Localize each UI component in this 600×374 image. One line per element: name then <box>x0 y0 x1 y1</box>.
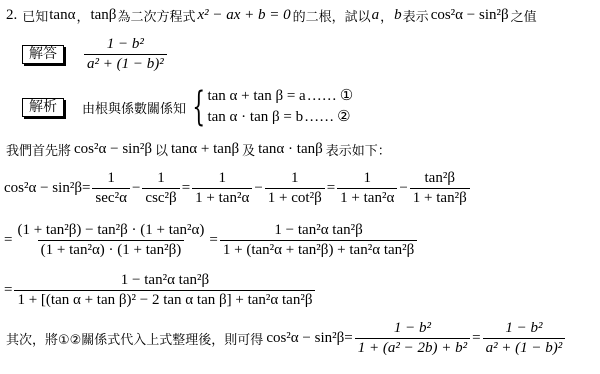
equation-line-3: = 1 − tan²α tan²β1 + [(tan α + tan β)² −… <box>4 272 317 309</box>
circled-2: ② <box>337 107 350 128</box>
analysis-section: 解析 由根與係數關係知 { tan α + tan β = a …… ① tan… <box>22 86 353 128</box>
answer-fraction: 1 − b² a² + (1 − b)² <box>84 36 167 73</box>
equation-1: tan α + tan β = a …… ① <box>207 86 353 107</box>
conclusion: 其次，將①②關係式代入上式整理後，則可得 cos²α − sin²β = 1 −… <box>6 320 567 357</box>
circled-1: ① <box>340 86 353 107</box>
answer-label: 解答 <box>22 45 64 64</box>
equation-line-2: = (1 + tan²β) − tan²β · (1 + tan²α)(1 + … <box>4 222 419 259</box>
equation-line-1: cos²α − sin²β = 1sec²α − 1csc²β = 11 + t… <box>4 170 472 207</box>
equation-system: tan α + tan β = a …… ① tan α · tan β = b… <box>207 86 353 128</box>
analysis-label: 解析 <box>22 98 64 117</box>
step-intro: 我們首先將 cos²α − sin²β 以 tanα + tanβ 及 tanα… <box>6 140 391 159</box>
answer-section: 解答 1 − b² a² + (1 − b)² <box>22 36 169 73</box>
problem-statement: 2. 已知 tanα ， tanβ 為二次方程式 x² − ax + b = 0… <box>6 6 537 25</box>
equation-2: tan α · tan β = b …… ② <box>207 107 353 128</box>
left-brace: { <box>192 87 205 127</box>
problem-number: 2. <box>6 7 17 24</box>
analysis-intro: 由根與係數關係知 <box>82 98 186 117</box>
